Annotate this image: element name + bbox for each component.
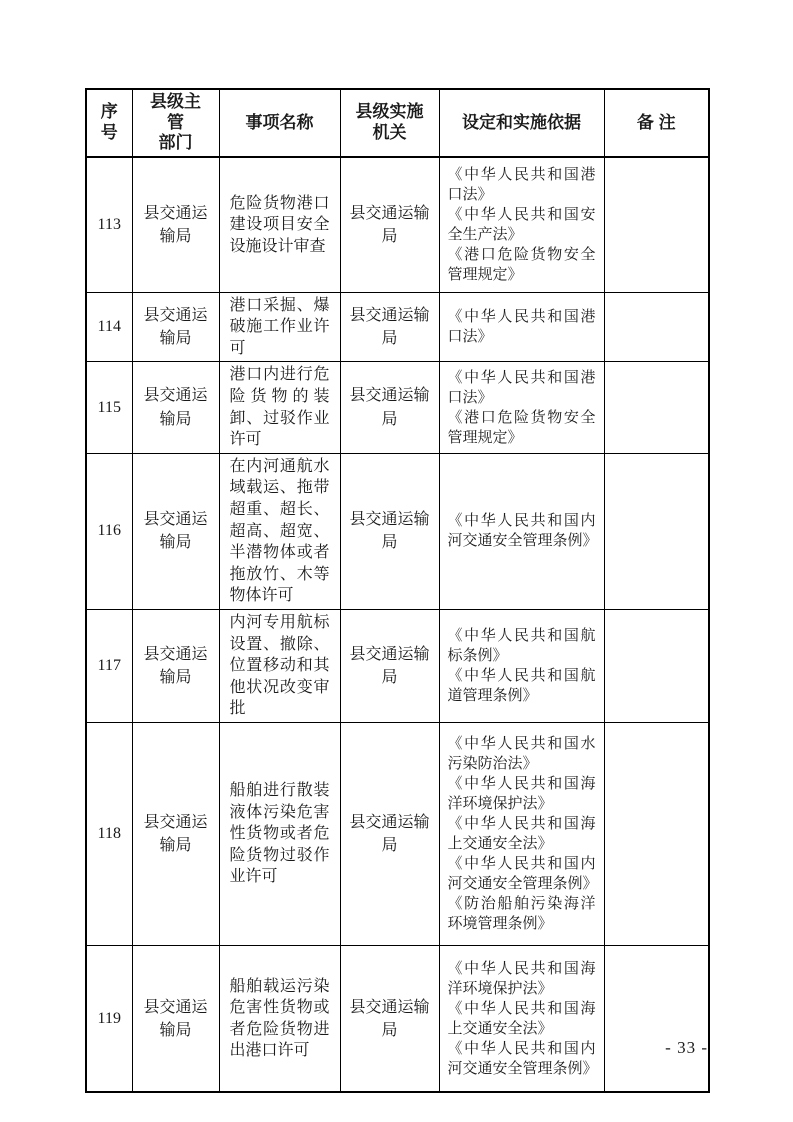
serial-no-cell: 116 <box>86 453 132 609</box>
table-row: 118 县交通运输局 船舶进行散装液体污染危害性货物或者危险货物过驳作业许可 县… <box>86 722 709 945</box>
law-reference: 《中华人民共和国海上交通安全法》 <box>448 814 596 854</box>
legal-basis-cell: 《中华人民共和国港口法》 《中华人民共和国安全生产法》 《港口危险货物安全管理规… <box>439 157 604 292</box>
item-name-cell: 内河专用航标设置、撤除、位置移动和其他状况改变审批 <box>219 610 340 723</box>
law-reference: 《中华人民共和国港口法》 <box>448 368 596 408</box>
law-reference: 《中华人民共和国内河交通安全管理条例》 <box>448 511 596 551</box>
table-row: 114 县交通运输局 港口采掘、爆破施工作业许可 县交通运输局 《中华人民共和国… <box>86 292 709 362</box>
agency-cell: 县交通运输局 <box>340 722 439 945</box>
law-reference: 《防治船舶污染海洋环境管理条例》 <box>448 894 596 934</box>
law-reference: 《中华人民共和国航道管理条例》 <box>448 666 596 706</box>
law-reference: 《中华人民共和国航标条例》 <box>448 626 596 666</box>
legal-basis-cell: 《中华人民共和国水污染防治法》 《中华人民共和国海洋环境保护法》 《中华人民共和… <box>439 722 604 945</box>
approval-items-table: 序 号 县级主 管 部门 事项名称 县级实施 机关 设定和实施依据 备 注 11… <box>85 88 710 1093</box>
law-reference: 《中华人民共和国海上交通安全法》 <box>448 999 596 1039</box>
agency-cell: 县交通运输局 <box>340 362 439 453</box>
serial-no-cell: 113 <box>86 157 132 292</box>
table-row: 113 县交通运输局 危险货物港口建设项目安全设施设计审查 县交通运输局 《中华… <box>86 157 709 292</box>
col-header-item-name: 事项名称 <box>219 89 340 157</box>
item-name-cell: 船舶载运污染危害性货物或者危险货物进出港口许可 <box>219 945 340 1092</box>
item-name-cell: 船舶进行散装液体污染危害性货物或者危险货物过驳作业许可 <box>219 722 340 945</box>
legal-basis-cell: 《中华人民共和国港口法》 <box>439 292 604 362</box>
agency-cell: 县交通运输局 <box>340 157 439 292</box>
col-header-implementing-agency: 县级实施 机关 <box>340 89 439 157</box>
department-cell: 县交通运输局 <box>132 157 219 292</box>
agency-cell: 县交通运输局 <box>340 945 439 1092</box>
table-header-row: 序 号 县级主 管 部门 事项名称 县级实施 机关 设定和实施依据 备 注 <box>86 89 709 157</box>
serial-no-cell: 118 <box>86 722 132 945</box>
law-reference: 《中华人民共和国内河交通安全管理条例》 <box>448 854 596 894</box>
serial-no-cell: 114 <box>86 292 132 362</box>
remarks-cell <box>604 610 709 723</box>
department-cell: 县交通运输局 <box>132 362 219 453</box>
col-header-legal-basis: 设定和实施依据 <box>439 89 604 157</box>
law-reference: 《中华人民共和国海洋环境保护法》 <box>448 774 596 814</box>
remarks-cell <box>604 292 709 362</box>
agency-cell: 县交通运输局 <box>340 610 439 723</box>
serial-no-cell: 115 <box>86 362 132 453</box>
serial-no-cell: 119 <box>86 945 132 1092</box>
department-cell: 县交通运输局 <box>132 610 219 723</box>
department-cell: 县交通运输局 <box>132 945 219 1092</box>
law-reference: 《中华人民共和国海洋环境保护法》 <box>448 959 596 999</box>
law-reference: 《中华人民共和国港口法》 <box>448 307 596 347</box>
legal-basis-cell: 《中华人民共和国海洋环境保护法》 《中华人民共和国海上交通安全法》 《中华人民共… <box>439 945 604 1092</box>
serial-no-cell: 117 <box>86 610 132 723</box>
table-row: 115 县交通运输局 港口内进行危险货物的装卸、过驳作业许可 县交通运输局 《中… <box>86 362 709 453</box>
table-row: 117 县交通运输局 内河专用航标设置、撤除、位置移动和其他状况改变审批 县交通… <box>86 610 709 723</box>
law-reference: 《港口危险货物安全管理规定》 <box>448 245 596 285</box>
item-name-cell: 港口内进行危险货物的装卸、过驳作业许可 <box>219 362 340 453</box>
page-number: - 33 - <box>665 1038 708 1058</box>
legal-basis-cell: 《中华人民共和国航标条例》 《中华人民共和国航道管理条例》 <box>439 610 604 723</box>
col-header-serial-no: 序 号 <box>86 89 132 157</box>
department-cell: 县交通运输局 <box>132 453 219 609</box>
item-name-cell: 在内河通航水域载运、拖带超重、超长、超高、超宽、半潜物体或者拖放竹、木等物体许可 <box>219 453 340 609</box>
department-cell: 县交通运输局 <box>132 292 219 362</box>
legal-basis-cell: 《中华人民共和国港口法》 《港口危险货物安全管理规定》 <box>439 362 604 453</box>
law-reference: 《中华人民共和国内河交通安全管理条例》 <box>448 1039 596 1079</box>
remarks-cell <box>604 362 709 453</box>
col-header-department: 县级主 管 部门 <box>132 89 219 157</box>
remarks-cell <box>604 157 709 292</box>
table-row: 119 县交通运输局 船舶载运污染危害性货物或者危险货物进出港口许可 县交通运输… <box>86 945 709 1092</box>
document-page: 序 号 县级主 管 部门 事项名称 县级实施 机关 设定和实施依据 备 注 11… <box>0 0 793 1122</box>
law-reference: 《中华人民共和国水污染防治法》 <box>448 734 596 774</box>
agency-cell: 县交通运输局 <box>340 292 439 362</box>
item-name-cell: 危险货物港口建设项目安全设施设计审查 <box>219 157 340 292</box>
law-reference: 《港口危险货物安全管理规定》 <box>448 408 596 448</box>
law-reference: 《中华人民共和国港口法》 <box>448 165 596 205</box>
agency-cell: 县交通运输局 <box>340 453 439 609</box>
table-row: 116 县交通运输局 在内河通航水域载运、拖带超重、超长、超高、超宽、半潜物体或… <box>86 453 709 609</box>
department-cell: 县交通运输局 <box>132 722 219 945</box>
remarks-cell <box>604 453 709 609</box>
remarks-cell <box>604 722 709 945</box>
legal-basis-cell: 《中华人民共和国内河交通安全管理条例》 <box>439 453 604 609</box>
col-header-remarks: 备 注 <box>604 89 709 157</box>
remarks-cell <box>604 945 709 1092</box>
law-reference: 《中华人民共和国安全生产法》 <box>448 205 596 245</box>
item-name-cell: 港口采掘、爆破施工作业许可 <box>219 292 340 362</box>
